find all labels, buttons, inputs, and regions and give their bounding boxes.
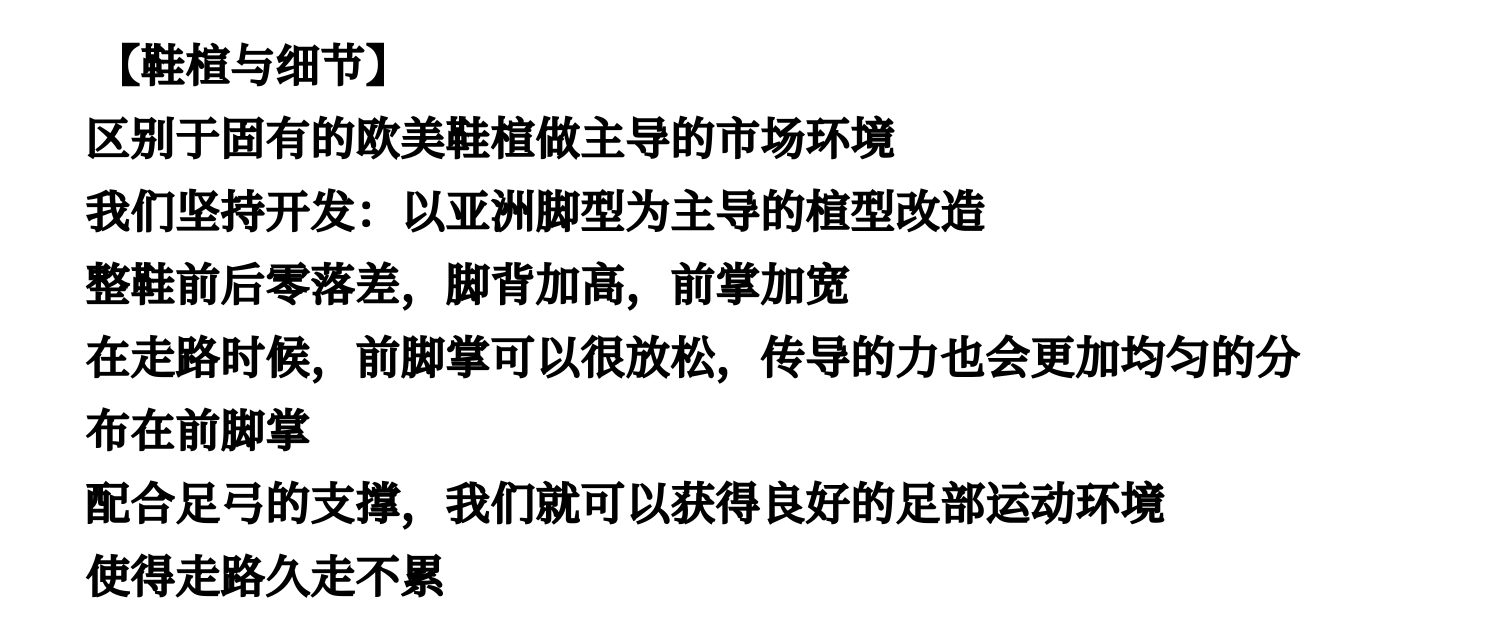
- text-line: 我们坚持开发：以亚洲脚型为主导的楦型改造: [86, 176, 1486, 249]
- text-line: 配合足弓的支撑，我们就可以获得良好的足部运动环境: [86, 468, 1486, 541]
- section-title: 【鞋楦与细节】: [96, 30, 1486, 103]
- text-line: 整鞋前后零落差，脚背加高，前掌加宽: [86, 249, 1486, 322]
- text-line: 使得走路久走不累: [86, 541, 1486, 614]
- document-body: 【鞋楦与细节】 区别于固有的欧美鞋楦做主导的市场环境 我们坚持开发：以亚洲脚型为…: [86, 30, 1486, 614]
- text-line: 布在前脚掌: [86, 395, 1486, 468]
- text-line: 区别于固有的欧美鞋楦做主导的市场环境: [86, 103, 1486, 176]
- text-line: 在走路时候，前脚掌可以很放松，传导的力也会更加均匀的分: [86, 322, 1486, 395]
